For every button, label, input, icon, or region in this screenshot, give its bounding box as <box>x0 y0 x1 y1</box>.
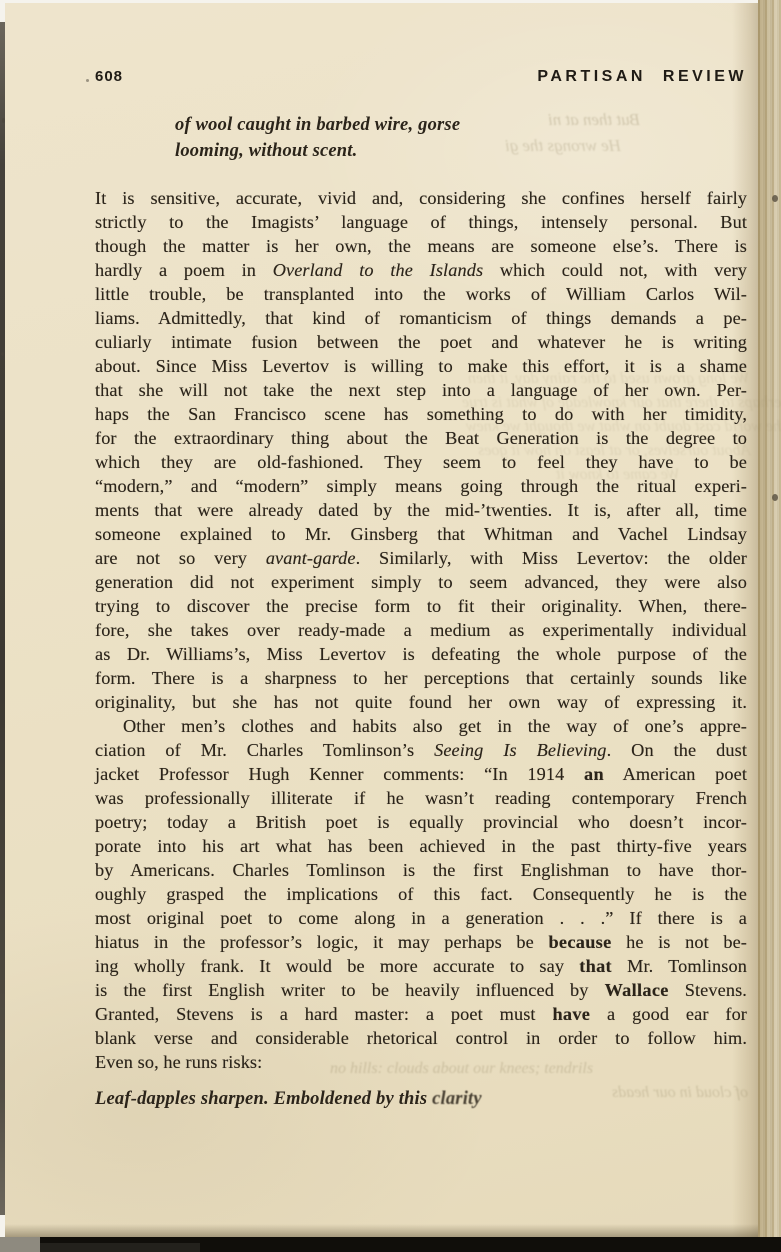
text-line: are not so very avant-garde. Similarly, … <box>95 546 747 570</box>
scanned-book-page: But then at niHe wrongs the giWe long gr… <box>0 0 781 1252</box>
text-line: porate into his art what has been achiev… <box>95 834 747 858</box>
verse-quotation-bottom: Leaf-dapples sharpen. Emboldened by this… <box>95 1089 747 1110</box>
text-line: little trouble, be transplanted into the… <box>95 282 747 306</box>
text-line: strictly to the Imagists’ language of th… <box>95 210 747 234</box>
text-line: fore, she takes over ready-made a medium… <box>95 618 747 642</box>
body-paragraph-1: It is sensitive, accurate, vivid and, co… <box>95 186 747 714</box>
text-line: someone explained to Mr. Ginsberg that W… <box>95 522 747 546</box>
text-line: oughly grasped the implications of this … <box>95 882 747 906</box>
text-line: It is sensitive, accurate, vivid and, co… <box>95 186 747 210</box>
text-line: looming, without scent. <box>175 138 595 164</box>
text-line: hiatus in the professor’s logic, it may … <box>95 930 747 954</box>
text-line: about. Since Miss Levertov is willing to… <box>95 354 747 378</box>
verse-quotation-top: of wool caught in barbed wire, gorseloom… <box>175 112 595 164</box>
text-line: by Americans. Charles Tomlinson is the f… <box>95 858 747 882</box>
text-line: poetry; today a British poet is equally … <box>95 810 747 834</box>
text-line: Other men’s clothes and habits also get … <box>95 714 747 738</box>
text-line: as Dr. Williams’s, Miss Levertov is defe… <box>95 642 747 666</box>
text-line: hardly a poem in Overland to the Islands… <box>95 258 747 282</box>
text-line: trying to discover the precise form to f… <box>95 594 747 618</box>
text-line: generation did not experiment simply to … <box>95 570 747 594</box>
text-line: was professionally illiterate if he wasn… <box>95 786 747 810</box>
text-line: most original poet to come along in a ge… <box>95 906 747 930</box>
text-line: jacket Professor Hugh Kenner comments: “… <box>95 762 747 786</box>
text-line: Leaf-dapples sharpen. Emboldened by this… <box>95 1089 747 1110</box>
text-line: liams. Admittedly, that kind of romantic… <box>95 306 747 330</box>
text-line: of wool caught in barbed wire, gorse <box>175 112 595 138</box>
page-number: 608 <box>95 68 123 85</box>
text-line: which they are old-fashioned. They seem … <box>95 450 747 474</box>
text-line: form. There is a sharpness to her percep… <box>95 666 747 690</box>
text-line: blank verse and considerable rhetorical … <box>95 1026 747 1050</box>
text-line: originality, but she has not quite found… <box>95 690 747 714</box>
text-line: ing wholly frank. It would be more accur… <box>95 954 747 978</box>
text-line: culiarly intimate fusion between the poe… <box>95 330 747 354</box>
text-line: that she will not take the next step int… <box>95 378 747 402</box>
journal-title: PARTISAN REVIEW <box>537 68 747 86</box>
text-line: Even so, he runs risks: <box>95 1050 747 1074</box>
running-head: 608 PARTISAN REVIEW <box>95 68 747 86</box>
text-line: “modern,” and “modern” simply means goin… <box>95 474 747 498</box>
body-paragraph-2: Other men’s clothes and habits also get … <box>95 714 747 1074</box>
text-line: though the matter is her own, the means … <box>95 234 747 258</box>
text-line: ciation of Mr. Charles Tomlinson’s Seein… <box>95 738 747 762</box>
text-line: Granted, Stevens is a hard master: a poe… <box>95 1002 747 1026</box>
text-line: for the extraordinary thing about the Be… <box>95 426 747 450</box>
text-line: haps the San Francisco scene has somethi… <box>95 402 747 426</box>
text-line: ments that were already dated by the mid… <box>95 498 747 522</box>
text-line: is the first English writer to be heavil… <box>95 978 747 1002</box>
